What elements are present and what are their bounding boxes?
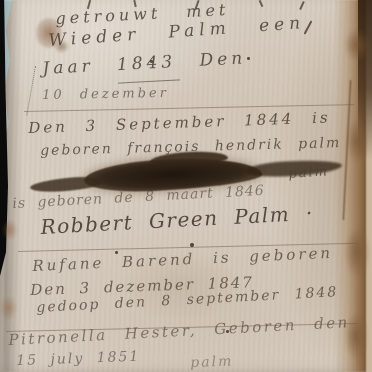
handwriting-line-15-july-1851: 15 july 1851: [16, 349, 141, 369]
cut-off-stroke-fragment: [299, 1, 305, 10]
handwriting-line-born-1844: Den 3 September 1844 is: [28, 108, 331, 137]
manuscript-page-photo: getrouwt met Wieder Palm een Jaar 1843 D…: [0, 0, 372, 372]
brown-stain: [2, 220, 17, 240]
brown-stain: [0, 296, 17, 320]
page-edge-crease: [344, 226, 370, 278]
dotted-margin-line: [26, 66, 36, 115]
cut-off-stroke-fragment: [259, 0, 264, 7]
handwriting-fragment-palm-after-blot: palm: [288, 164, 330, 182]
ink-speck: [247, 57, 250, 60]
page-edge-crease: [344, 28, 370, 62]
handwriting-line-10-december: 10 dezember: [42, 86, 169, 103]
year-underline-stroke: [118, 79, 180, 83]
handwriting-fragment-palm-bottom: palm: [190, 353, 234, 370]
handwriting-line-year-1843: Jaar 1843 Den: [42, 48, 247, 79]
